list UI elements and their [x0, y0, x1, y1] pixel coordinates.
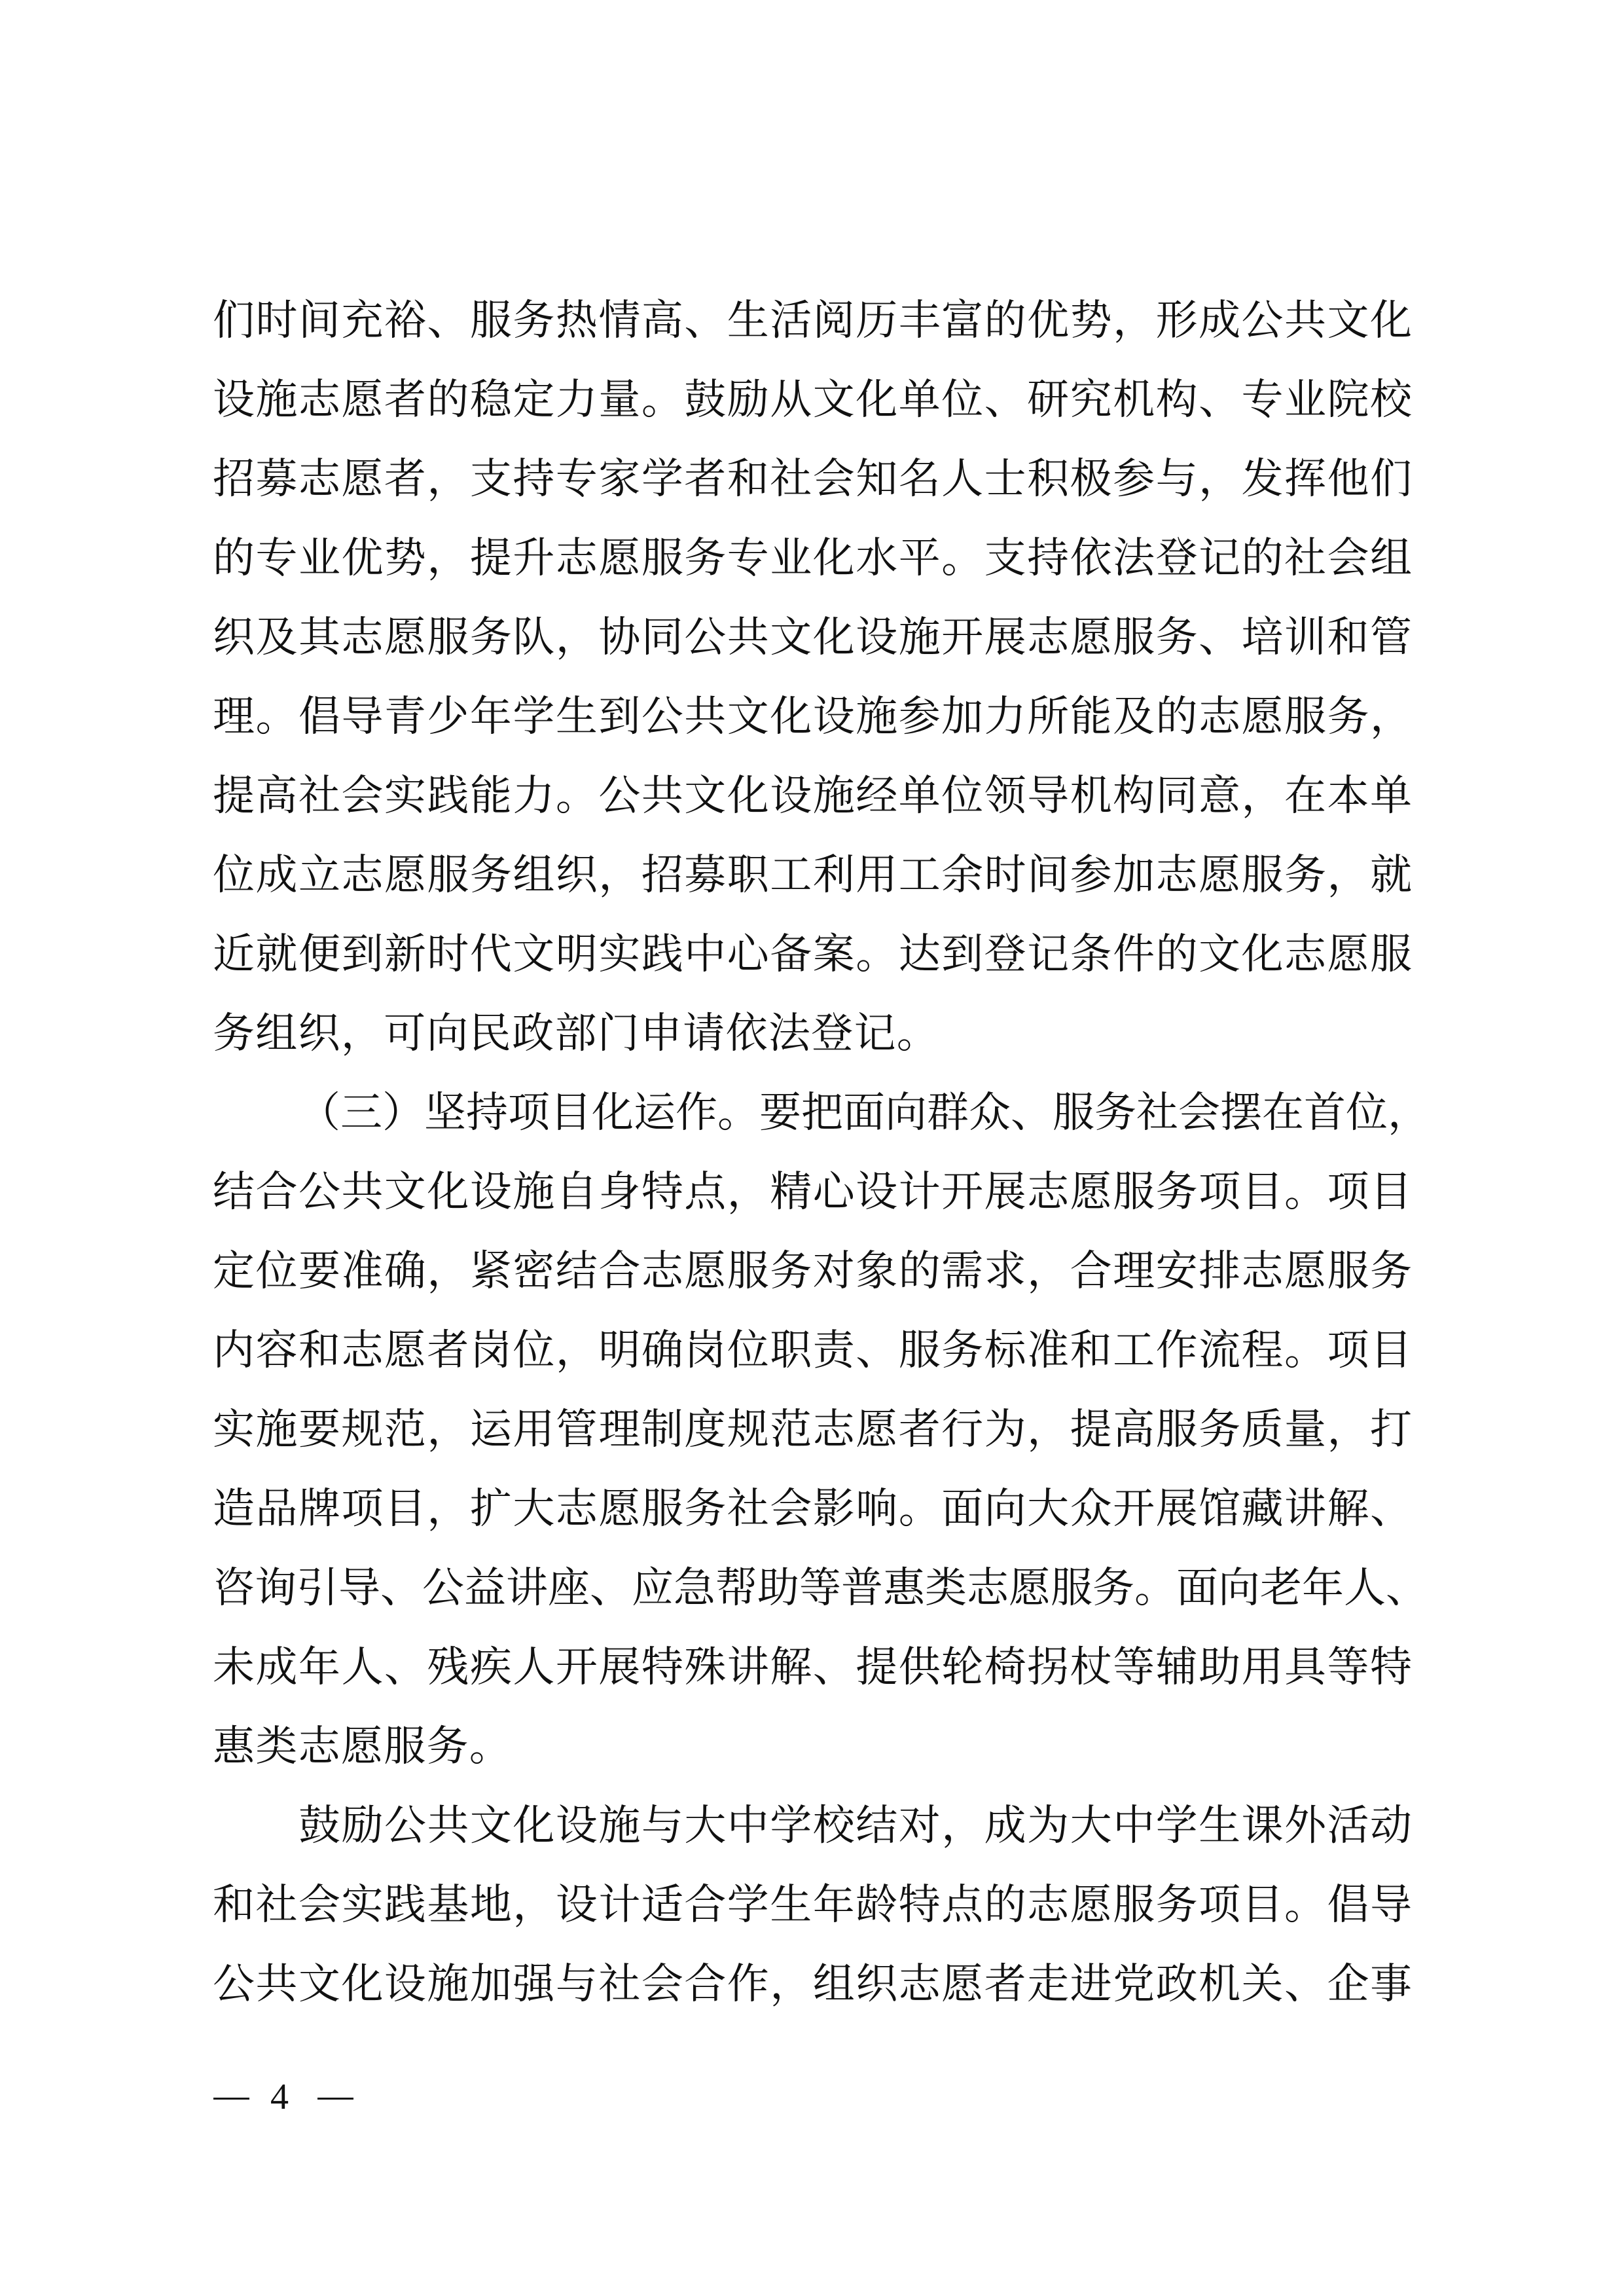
text-line: 惠类志愿服务。 — [213, 1715, 1412, 1795]
text-line: 织及其志愿服务队，协同公共文化设施开展志愿服务、培训和管 — [213, 606, 1412, 685]
paragraph-2-section-heading: （三）坚持项目化运作。要把面向群众、服务社会摆在首位， 结合公共文化设施自身特点… — [213, 1082, 1412, 1795]
document-page: 们时间充裕、服务热情高、生活阅历丰富的优势，形成公共文化 设施志愿者的稳定力量。… — [0, 0, 1624, 2296]
text-line: 的专业优势，提升志愿服务专业化水平。支持依法登记的社会组 — [213, 527, 1412, 606]
page-number-value: 4 — [270, 2079, 289, 2115]
text-line: 提高社会实践能力。公共文化设施经单位领导机构同意，在本单 — [213, 765, 1412, 844]
text-line: 务组织，可向民政部门申请依法登记。 — [213, 1002, 1412, 1082]
body-text: 们时间充裕、服务热情高、生活阅历丰富的优势，形成公共文化 设施志愿者的稳定力量。… — [213, 289, 1412, 2032]
page-number: 4 — [213, 2074, 353, 2120]
paragraph-1: 们时间充裕、服务热情高、生活阅历丰富的优势，形成公共文化 设施志愿者的稳定力量。… — [213, 289, 1412, 1082]
text-line: 鼓励公共文化设施与大中学校结对，成为大中学生课外活动 — [213, 1795, 1412, 1874]
text-line: 结合公共文化设施自身特点，精心设计开展志愿服务项目。项目 — [213, 1161, 1412, 1240]
text-line: 位成立志愿服务组织，招募职工利用工余时间参加志愿服务，就 — [213, 844, 1412, 923]
section-heading-line: （三）坚持项目化运作。要把面向群众、服务社会摆在首位， — [213, 1082, 1412, 1161]
text-line: 造品牌项目，扩大志愿服务社会影响。面向大众开展馆藏讲解、 — [213, 1478, 1412, 1557]
text-line: 招募志愿者，支持专家学者和社会知名人士积极参与，发挥他们 — [213, 448, 1412, 527]
page-number-dash-right — [317, 2098, 353, 2100]
text-line: 未成年人、残疾人开展特殊讲解、提供轮椅拐杖等辅助用具等特 — [213, 1636, 1412, 1715]
page-number-dash-left — [213, 2098, 249, 2100]
text-line: 理。倡导青少年学生到公共文化设施参加力所能及的志愿服务， — [213, 685, 1412, 765]
text-line: 近就便到新时代文明实践中心备案。达到登记条件的文化志愿服 — [213, 923, 1412, 1002]
paragraph-3: 鼓励公共文化设施与大中学校结对，成为大中学生课外活动 和社会实践基地，设计适合学… — [213, 1795, 1412, 2032]
text-line: 公共文化设施加强与社会合作，组织志愿者走进党政机关、企事 — [213, 1953, 1412, 2032]
text-line: 设施志愿者的稳定力量。鼓励从文化单位、研究机构、专业院校 — [213, 369, 1412, 448]
text-line: 实施要规范，运用管理制度规范志愿者行为，提高服务质量，打 — [213, 1398, 1412, 1478]
text-line: 和社会实践基地，设计适合学生年龄特点的志愿服务项目。倡导 — [213, 1874, 1412, 1953]
text-line: 们时间充裕、服务热情高、生活阅历丰富的优势，形成公共文化 — [213, 289, 1412, 369]
text-line: 内容和志愿者岗位，明确岗位职责、服务标准和工作流程。项目 — [213, 1319, 1412, 1398]
text-line: 定位要准确，紧密结合志愿服务对象的需求，合理安排志愿服务 — [213, 1240, 1412, 1319]
text-line: 咨询引导、公益讲座、应急帮助等普惠类志愿服务。面向老年人、 — [213, 1557, 1412, 1636]
